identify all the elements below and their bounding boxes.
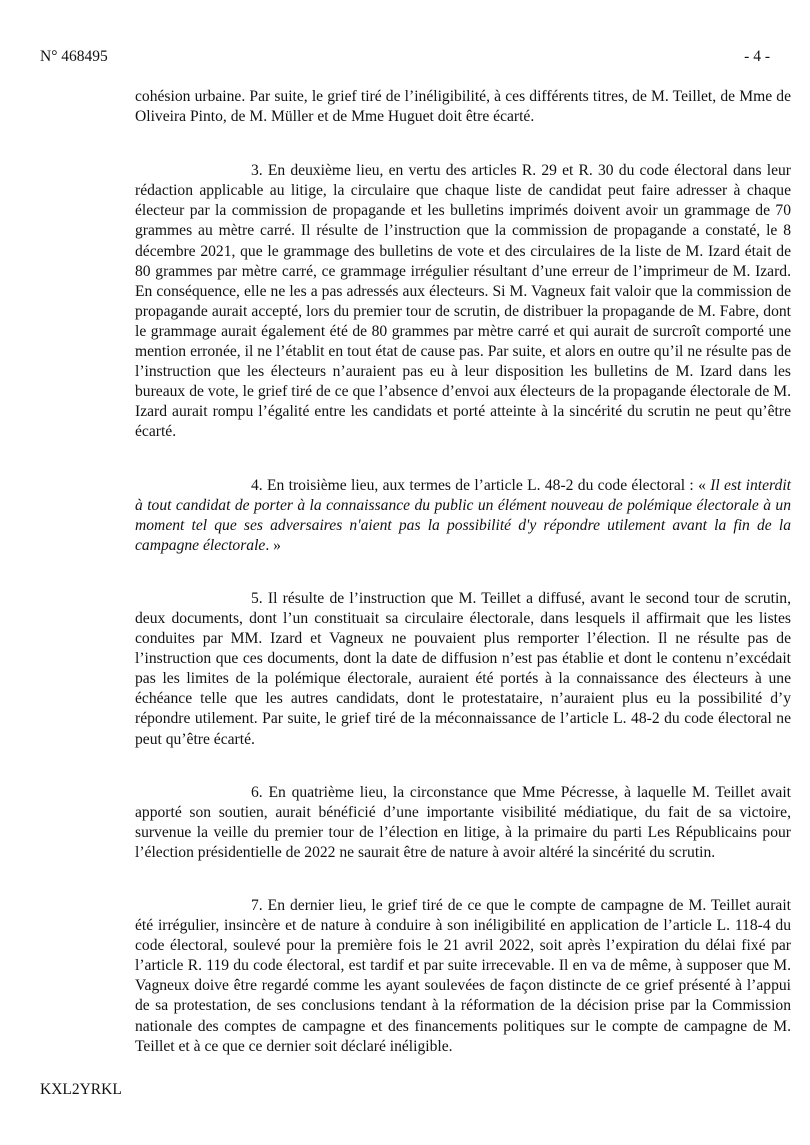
document-code: KXL2YRKL — [40, 1081, 122, 1099]
paragraph-text: 6. En quatrième lieu, la circonstance qu… — [135, 784, 791, 861]
paragraph-6: 6. En quatrième lieu, la circonstance qu… — [135, 783, 791, 863]
paragraph-text: 7. En dernier lieu, le grief tiré de ce … — [135, 897, 791, 1055]
paragraph-5: 5. Il résulte de l’instruction que M. Te… — [135, 589, 791, 750]
paragraph-4: 4. En troisième lieu, aux termes de l’ar… — [135, 476, 791, 556]
paragraph-text: cohésion urbaine. Par suite, le grief ti… — [135, 88, 791, 125]
paragraph-continuation: cohésion urbaine. Par suite, le grief ti… — [135, 87, 791, 127]
document-body: cohésion urbaine. Par suite, le grief ti… — [135, 87, 791, 1090]
paragraph-text: 4. En troisième lieu, aux termes de l’ar… — [251, 477, 710, 494]
paragraph-text: 3. En deuxième lieu, en vertu des articl… — [135, 162, 791, 440]
case-number: N° 468495 — [40, 48, 108, 66]
quotation-close: . » — [265, 537, 281, 554]
page-number: - 4 - — [744, 48, 770, 66]
paragraph-3: 3. En deuxième lieu, en vertu des articl… — [135, 161, 791, 442]
paragraph-text: 5. Il résulte de l’instruction que M. Te… — [135, 590, 791, 748]
paragraph-7: 7. En dernier lieu, le grief tiré de ce … — [135, 896, 791, 1057]
